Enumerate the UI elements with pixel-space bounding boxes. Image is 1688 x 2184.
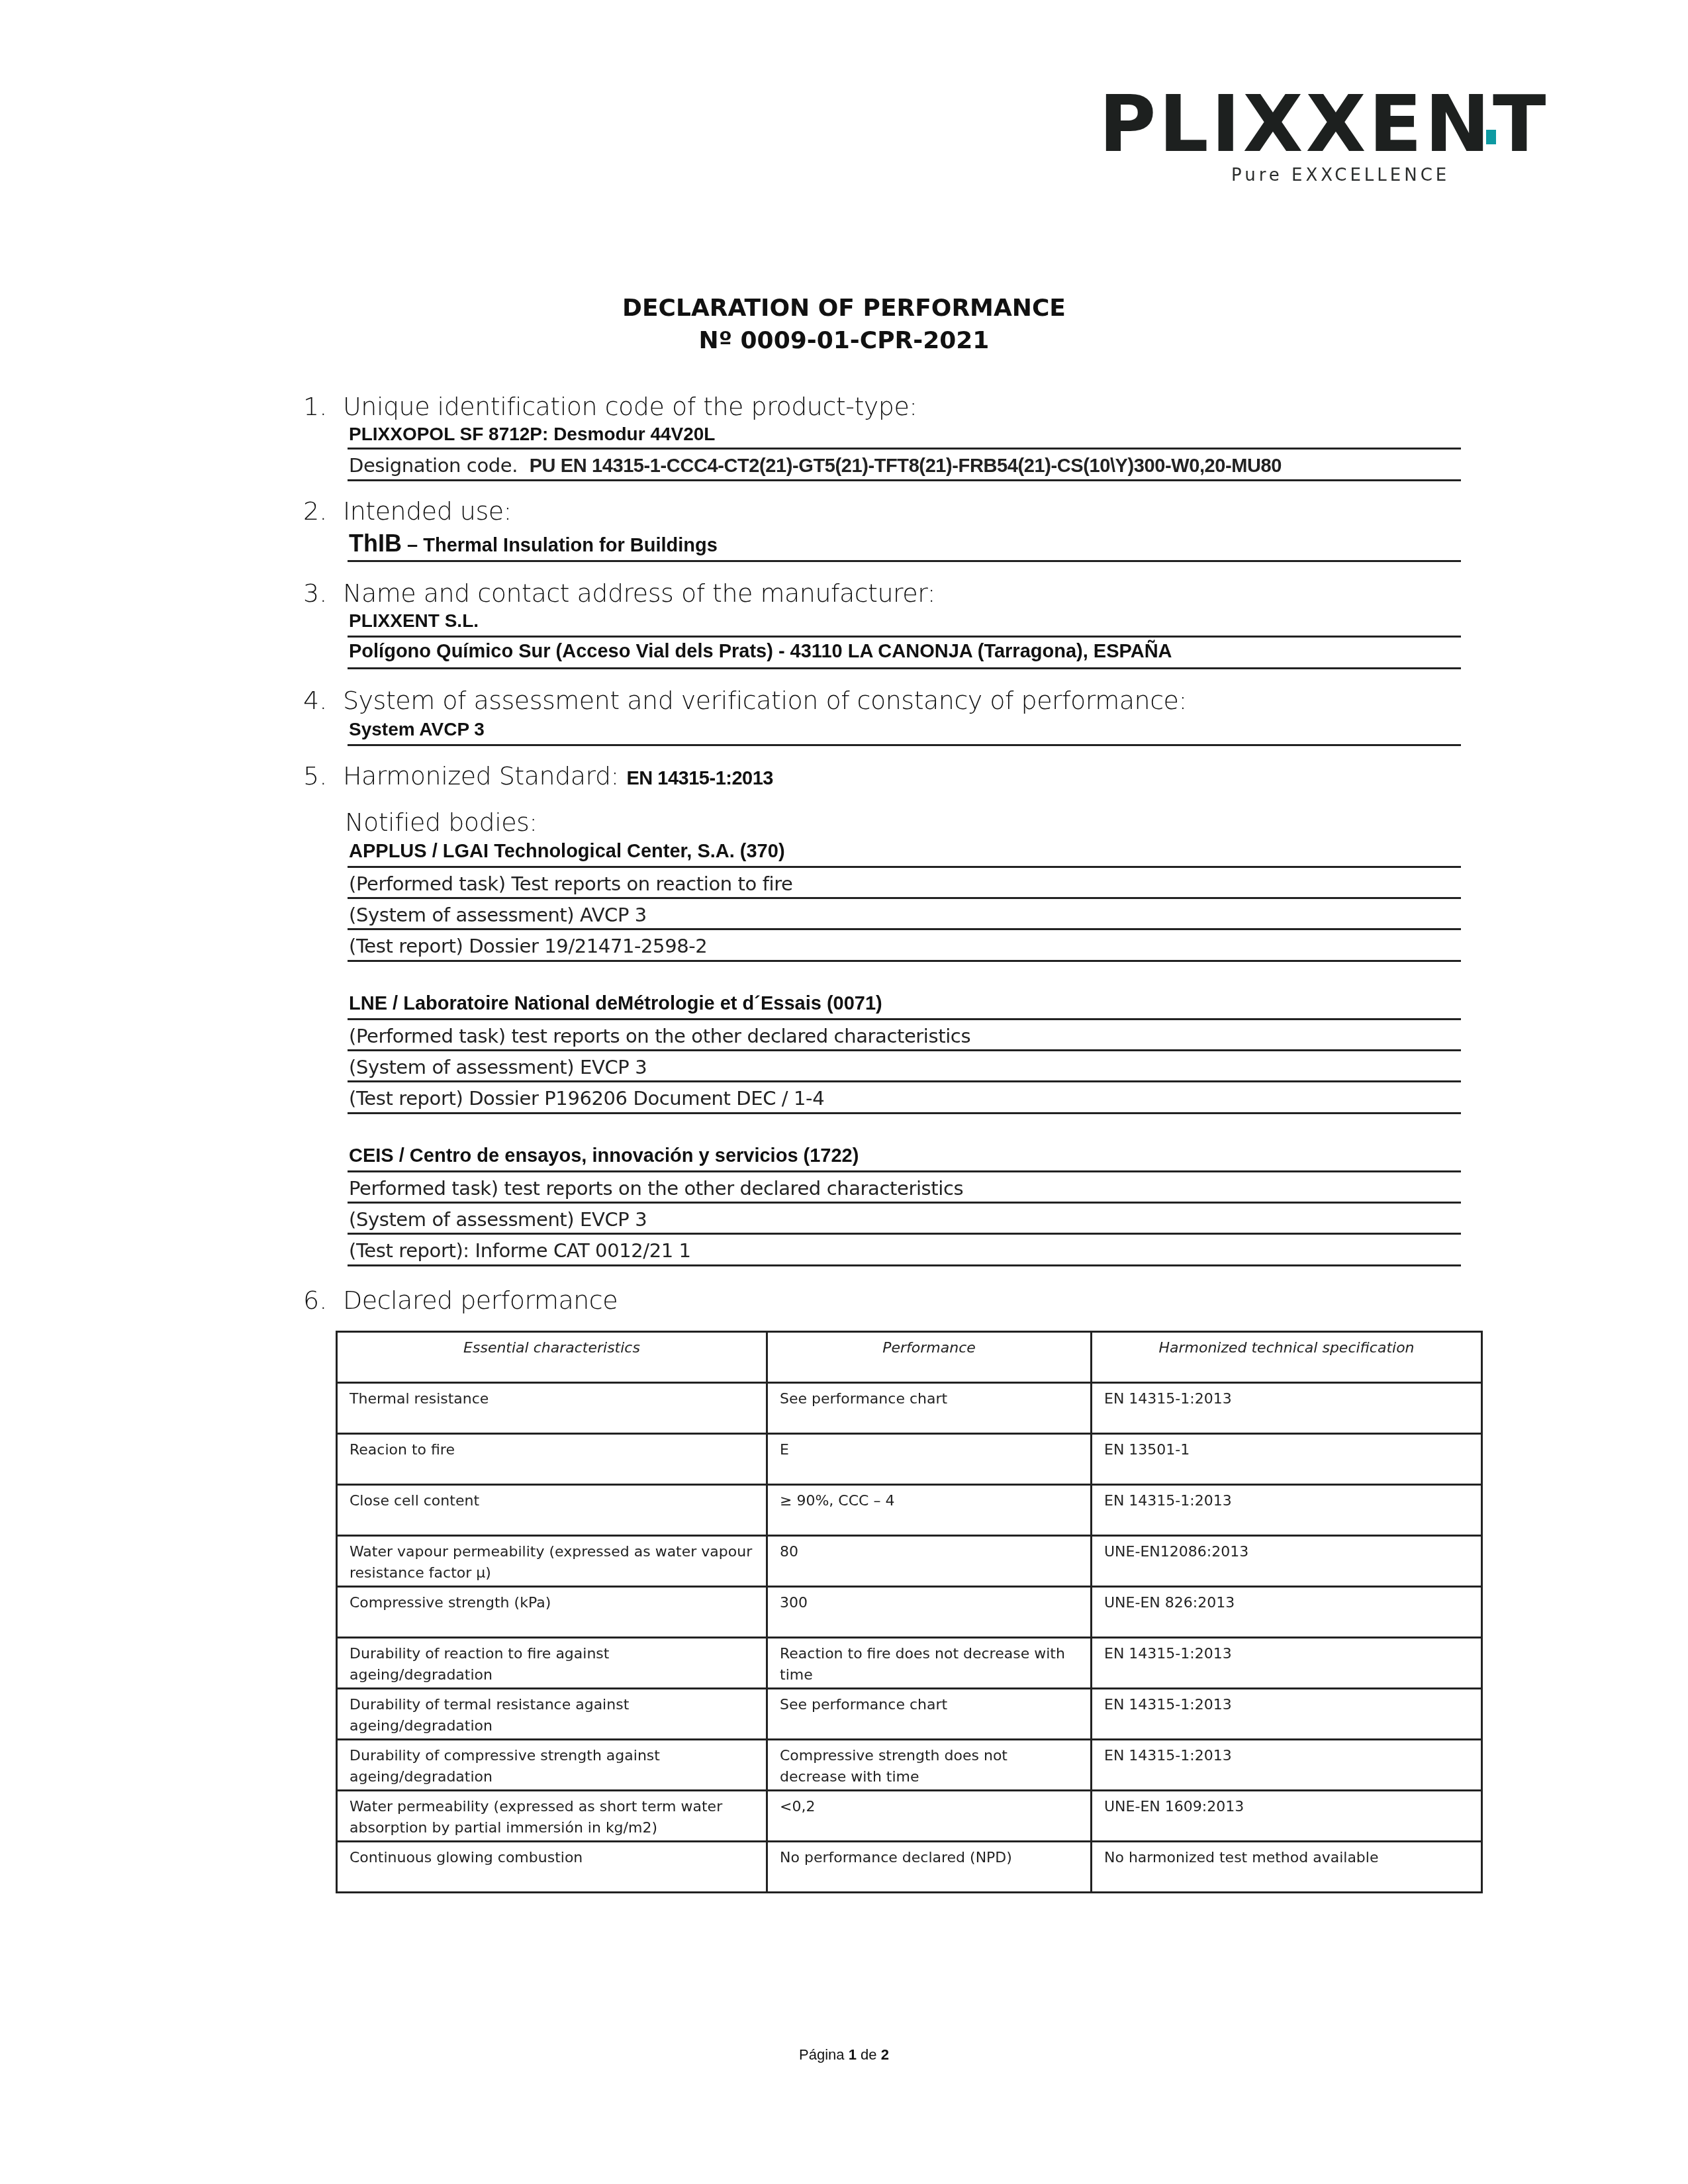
- cell-characteristic: Water permeability (expressed as short t…: [337, 1791, 767, 1842]
- cell-specification: EN 14315-1:2013: [1092, 1383, 1482, 1434]
- section-4-number: 4.: [303, 686, 327, 715]
- section-4-heading: System of assessment and verification of…: [343, 686, 1187, 715]
- table-row: Close cell content≥ 90%, CCC – 4EN 14315…: [337, 1485, 1482, 1536]
- table-row: Durability of reaction to fire against a…: [337, 1638, 1482, 1689]
- notified-body-task: (Performed task) Test reports on reactio…: [349, 873, 793, 895]
- cell-specification: No harmonized test method available: [1092, 1842, 1482, 1893]
- section-1-number: 1.: [303, 392, 327, 421]
- divider: [348, 479, 1461, 481]
- divider: [348, 636, 1461, 638]
- cell-specification: EN 14315-1:2013: [1092, 1638, 1482, 1689]
- notified-body-report: (Test report) Dossier P196206 Document D…: [349, 1087, 824, 1110]
- table-row: Water permeability (expressed as short t…: [337, 1791, 1482, 1842]
- section-5-heading: Harmonized Standard: EN 14315-1:2013: [343, 761, 773, 790]
- cell-specification: EN 14315-1:2013: [1092, 1485, 1482, 1536]
- cell-specification: UNE-EN12086:2013: [1092, 1536, 1482, 1587]
- page-middle: de: [857, 2046, 881, 2063]
- divider: [348, 448, 1461, 450]
- plixxent-logo: PLIXXENT Pure EXXCELLENCE: [1099, 85, 1509, 184]
- designation-label: Designation code.: [349, 454, 518, 477]
- cell-performance: Reaction to fire does not decrease with …: [767, 1638, 1092, 1689]
- page-total: 2: [881, 2046, 889, 2063]
- cell-performance: See performance chart: [767, 1383, 1092, 1434]
- notified-body-name: CEIS / Centro de ensayos, innovación y s…: [349, 1145, 859, 1167]
- column-header-specification: Harmonized technical specification: [1092, 1332, 1482, 1383]
- table-row: Continuous glowing combustionNo performa…: [337, 1842, 1482, 1893]
- intended-use-code: ThIB: [349, 530, 402, 557]
- cell-performance: <0,2: [767, 1791, 1092, 1842]
- cell-characteristic: Durability of compressive strength again…: [337, 1740, 767, 1791]
- cell-characteristic: Thermal resistance: [337, 1383, 767, 1434]
- divider: [348, 1049, 1461, 1051]
- manufacturer-address: Polígono Químico Sur (Acceso Vial dels P…: [349, 641, 1172, 663]
- logo-accent-dot: [1486, 130, 1496, 144]
- notified-body-task: (Performed task) test reports on the oth…: [349, 1025, 970, 1047]
- cell-specification: EN 13501-1: [1092, 1434, 1482, 1485]
- divider: [348, 1080, 1461, 1082]
- notified-body-report: (Test report): Informe CAT 0012/21 1: [349, 1239, 691, 1262]
- section-6-heading: Declared performance: [343, 1286, 618, 1315]
- divider: [348, 928, 1461, 930]
- notified-body-task: Performed task) test reports on the othe…: [349, 1177, 963, 1200]
- divider: [348, 1018, 1461, 1020]
- notified-bodies-heading: Notified bodies:: [345, 808, 538, 837]
- table-row: Reacion to fireEEN 13501-1: [337, 1434, 1482, 1485]
- cell-specification: EN 14315-1:2013: [1092, 1689, 1482, 1740]
- harmonized-standard-label: Harmonized Standard:: [343, 761, 627, 790]
- cell-characteristic: Close cell content: [337, 1485, 767, 1536]
- section-2-heading: Intended use:: [343, 497, 512, 526]
- notified-body-system: (System of assessment) AVCP 3: [349, 904, 647, 926]
- intended-use: ThIB – Thermal Insulation for Buildings: [349, 530, 718, 557]
- section-6-number: 6.: [303, 1286, 327, 1315]
- divider: [348, 560, 1461, 562]
- divider: [348, 1202, 1461, 1204]
- declared-performance-table: Essential characteristics Performance Ha…: [336, 1331, 1483, 1893]
- column-header-characteristics: Essential characteristics: [337, 1332, 767, 1383]
- divider: [348, 1112, 1461, 1114]
- cell-characteristic: Continuous glowing combustion: [337, 1842, 767, 1893]
- cell-specification: UNE-EN 826:2013: [1092, 1587, 1482, 1638]
- section-3-number: 3.: [303, 579, 327, 608]
- notified-body-name: LNE / Laboratoire National deMétrologie …: [349, 993, 882, 1015]
- divider: [348, 744, 1461, 746]
- cell-performance: E: [767, 1434, 1092, 1485]
- product-code: PLIXXOPOL SF 8712P: Desmodur 44V20L: [349, 424, 715, 445]
- page-current: 1: [849, 2046, 857, 2063]
- notified-body-report: (Test report) Dossier 19/21471-2598-2: [349, 935, 707, 957]
- cell-characteristic: Compressive strength (kPa): [337, 1587, 767, 1638]
- document-number: Nº 0009-01-CPR-2021: [0, 327, 1688, 354]
- designation-value: PU EN 14315-1-CCC4-CT2(21)-GT5(21)-TFT8(…: [530, 455, 1282, 477]
- section-3-heading: Name and contact address of the manufact…: [343, 579, 935, 608]
- avcp-system: System AVCP 3: [349, 719, 485, 740]
- cell-performance: 80: [767, 1536, 1092, 1587]
- notified-body-name: APPLUS / LGAI Technological Center, S.A.…: [349, 841, 785, 863]
- cell-performance: ≥ 90%, CCC – 4: [767, 1485, 1092, 1536]
- cell-characteristic: Water vapour permeability (expressed as …: [337, 1536, 767, 1587]
- cell-characteristic: Reacion to fire: [337, 1434, 767, 1485]
- section-1-heading: Unique identification code of the produc…: [343, 392, 917, 421]
- divider: [348, 897, 1461, 899]
- section-5-number: 5.: [303, 761, 327, 790]
- cell-performance: Compressive strength does not decrease w…: [767, 1740, 1092, 1791]
- cell-specification: UNE-EN 1609:2013: [1092, 1791, 1482, 1842]
- document-title: DECLARATION OF PERFORMANCE: [0, 295, 1688, 322]
- cell-performance: 300: [767, 1587, 1092, 1638]
- divider: [348, 1233, 1461, 1235]
- table-row: Durability of termal resistance against …: [337, 1689, 1482, 1740]
- notified-body-system: (System of assessment) EVCP 3: [349, 1056, 647, 1078]
- table-row: Durability of compressive strength again…: [337, 1740, 1482, 1791]
- divider: [348, 1264, 1461, 1266]
- logo-wordmark: PLIXXENT: [1099, 85, 1548, 163]
- logo-tagline: Pure EXXCELLENCE: [1231, 166, 1450, 185]
- page-number: Página 1 de 2: [0, 2046, 1688, 2064]
- intended-use-description: – Thermal Insulation for Buildings: [402, 535, 718, 556]
- divider: [348, 1170, 1461, 1172]
- table-row: Water vapour permeability (expressed as …: [337, 1536, 1482, 1587]
- table-header-row: Essential characteristics Performance Ha…: [337, 1332, 1482, 1383]
- column-header-performance: Performance: [767, 1332, 1092, 1383]
- section-2-number: 2.: [303, 497, 327, 526]
- designation-code-row: Designation code. PU EN 14315-1-CCC4-CT2…: [349, 454, 1282, 477]
- manufacturer-name: PLIXXENT S.L.: [349, 610, 479, 632]
- cell-specification: EN 14315-1:2013: [1092, 1740, 1482, 1791]
- table-row: Thermal resistanceSee performance chartE…: [337, 1383, 1482, 1434]
- harmonized-standard-value: EN 14315-1:2013: [627, 768, 773, 789]
- notified-body-system: (System of assessment) EVCP 3: [349, 1208, 647, 1231]
- cell-characteristic: Durability of reaction to fire against a…: [337, 1638, 767, 1689]
- cell-performance: No performance declared (NPD): [767, 1842, 1092, 1893]
- divider: [348, 960, 1461, 962]
- cell-characteristic: Durability of termal resistance against …: [337, 1689, 767, 1740]
- page-prefix: Página: [799, 2046, 849, 2063]
- cell-performance: See performance chart: [767, 1689, 1092, 1740]
- table-row: Compressive strength (kPa)300UNE-EN 826:…: [337, 1587, 1482, 1638]
- divider: [348, 866, 1461, 868]
- divider: [348, 667, 1461, 669]
